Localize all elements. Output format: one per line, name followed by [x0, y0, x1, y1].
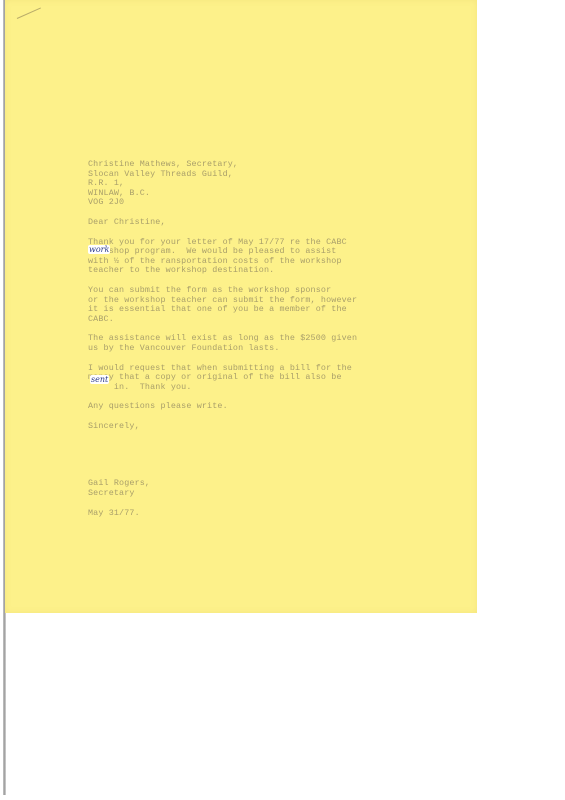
recipient-address: Christine Mathews, Secretary, Slocan Val… [88, 160, 388, 208]
letter-body: Christine Mathews, Secretary, Slocan Val… [88, 160, 388, 518]
handwritten-correction: work [88, 245, 110, 254]
paragraph-line: Any questions please write. [88, 402, 388, 412]
signature-title: Secretary [88, 489, 388, 499]
paragraph-line: us by the Vancouver Foundation lasts. [88, 344, 388, 354]
handwritten-correction: sent [90, 375, 109, 384]
letter-date: May 31/77. [88, 509, 388, 519]
paragraph: I would request that when submitting a b… [88, 364, 388, 393]
paragraph: Any questions please write. [88, 402, 388, 412]
paragraph: Thank you for your letter of May 17/77 r… [88, 238, 388, 276]
paragraph-line: teacher to the workshop destination. [88, 266, 388, 276]
paragraph-line: in. Thank you. [88, 383, 388, 393]
paragraph-line: it is essential that one of you be a mem… [88, 305, 388, 315]
paragraph: The assistance will exist as long as the… [88, 334, 388, 353]
paragraph-line: CABC. [88, 315, 388, 325]
address-line: VOG 2J0 [88, 198, 388, 208]
paragraph: You can submit the form as the workshop … [88, 286, 388, 324]
address-line: WINLAW, B.C. [88, 189, 388, 199]
closing: Sincerely, [88, 422, 388, 432]
salutation: Dear Christine, [88, 218, 388, 228]
pencil-mark [17, 7, 41, 18]
address-line: Slocan Valley Threads Guild, [88, 170, 388, 180]
